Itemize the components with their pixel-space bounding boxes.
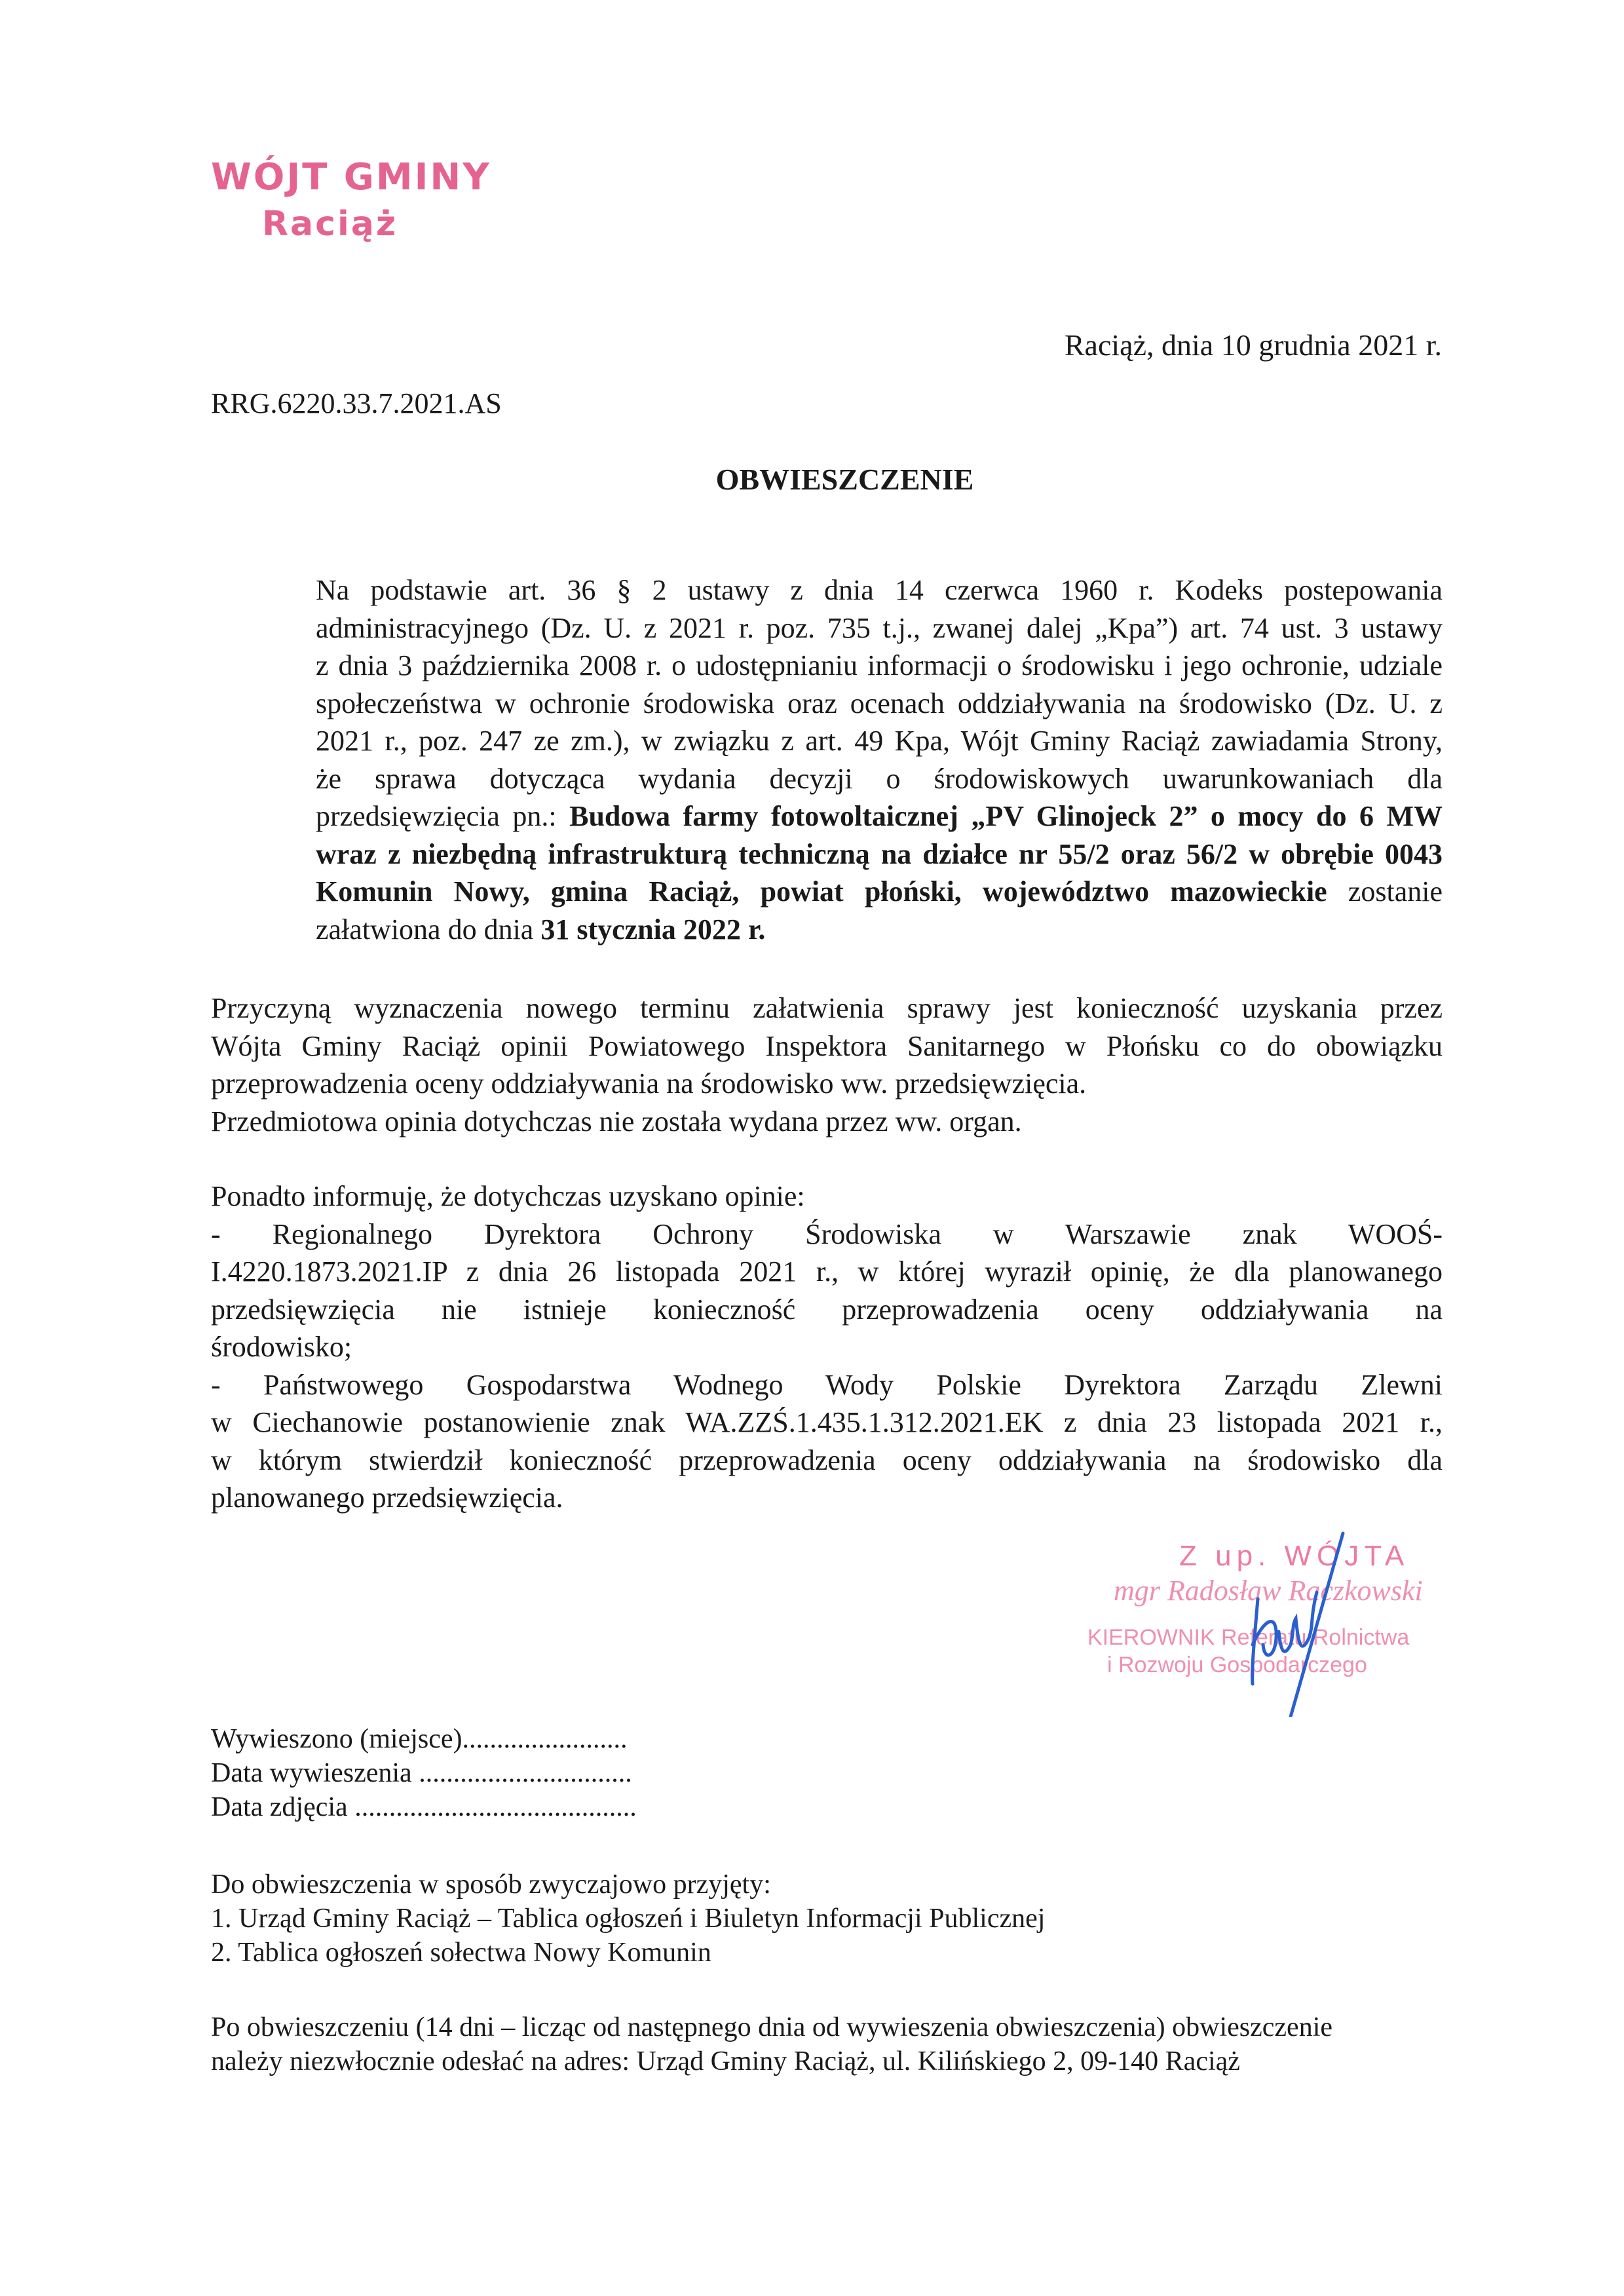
posting-date-field: Data wywieszenia .......................…	[211, 1756, 637, 1790]
text-line: Po obwieszczeniu (14 dni – licząc od nas…	[211, 2010, 1443, 2044]
project-name: Budowa farmy fotowoltaicznej „PV Glinoje…	[569, 800, 1443, 832]
text-line: planowanego przedsięwzięcia.	[211, 1479, 1443, 1517]
text-line: Ponadto informuję, że dotychczas uzyskan…	[211, 1177, 1443, 1215]
deadline-date: 31 stycznia 2022 r.	[540, 913, 765, 946]
posting-place-field: Wywieszono (miejsce)....................…	[211, 1722, 637, 1756]
text-line: załatwiona do dnia 31 stycznia 2022 r.	[211, 911, 1443, 949]
text-line: Komunin Nowy, gmina Raciąż, powiat płońs…	[211, 873, 1443, 911]
distribution-item: 2. Tablica ogłoszeń sołectwa Nowy Komuni…	[211, 1936, 1045, 1970]
text-line: Przyczyną wyznaczenia nowego terminu zał…	[211, 989, 1443, 1027]
text-line: - Regionalnego Dyrektora Ochrony Środowi…	[211, 1215, 1443, 1253]
document-title: OBWIESZCZENIE	[0, 462, 1624, 497]
place-and-date: Raciąż, dnia 10 grudnia 2021 r.	[1065, 328, 1442, 362]
text-line: 2021 r., poz. 247 ze zm.), w związku z a…	[211, 722, 1443, 760]
text-line: przeprowadzenia oceny oddziaływania na ś…	[211, 1065, 1443, 1103]
text-line: administracyjnego (Dz. U. z 2021 r. poz.…	[211, 609, 1443, 647]
text-line: że sprawa dotycząca wydania decyzji o śr…	[211, 760, 1443, 798]
office-stamp-town: Raciąż	[262, 204, 398, 244]
text-line: należy niezwłocznie odesłać na adres: Ur…	[211, 2044, 1443, 2078]
text-line: przedsięwzięcia nie istnieje konieczność…	[211, 1291, 1443, 1329]
text-line: wraz z niezbędną infrastrukturą technicz…	[211, 835, 1443, 873]
text-plain: przedsięwzięcia pn.:	[316, 800, 569, 832]
text-line: Przedmiotowa opinia dotychczas nie zosta…	[211, 1103, 1443, 1141]
text-line: I.4220.1873.2021.IP z dnia 26 listopada …	[211, 1253, 1443, 1291]
handwritten-signature-icon	[1218, 1520, 1389, 1717]
text-line: - Państwowego Gospodarstwa Wodnego Wody …	[211, 1366, 1443, 1404]
text-line: środowisko;	[211, 1328, 1443, 1366]
text-line: przedsięwzięcia pn.: Budowa farmy fotowo…	[211, 797, 1443, 835]
removal-date-field: Data zdjęcia ...........................…	[211, 1790, 637, 1824]
paragraph-legal-basis: Na podstawie art. 36 § 2 ustawy z dnia 1…	[211, 571, 1443, 948]
text-line: Na podstawie art. 36 § 2 ustawy z dnia 1…	[211, 571, 1443, 609]
text-line: w którym stwierdził konieczność przeprow…	[211, 1442, 1443, 1480]
text-line: społeczeństwa w ochronie środowiska oraz…	[211, 685, 1443, 723]
distribution-item: 1. Urząd Gminy Raciąż – Tablica ogłoszeń…	[211, 1902, 1045, 1936]
project-name: wraz z niezbędną infrastrukturą technicz…	[316, 838, 1443, 870]
reference-number: RRG.6220.33.7.2021.AS	[211, 387, 502, 420]
project-location: Komunin Nowy, gmina Raciąż, powiat płońs…	[316, 875, 1327, 908]
signature-block: Z up. WÓJTA mgr Radosław Raczkowski KIER…	[1074, 1533, 1481, 1704]
distribution-heading: Do obwieszczenia w sposób zwyczajowo prz…	[211, 1867, 1045, 1902]
text-line: z dnia 3 października 2008 r. o udostępn…	[211, 647, 1443, 685]
office-stamp-title: WÓJT GMINY	[211, 156, 491, 199]
text-plain: załatwiona do dnia	[316, 913, 540, 946]
paragraph-reason: Przyczyną wyznaczenia nowego terminu zał…	[211, 989, 1443, 1140]
posting-fields: Wywieszono (miejsce)....................…	[211, 1722, 637, 1824]
text-line: w Ciechanowie postanowienie znak WA.ZZŚ.…	[211, 1404, 1443, 1442]
return-instructions: Po obwieszczeniu (14 dni – licząc od nas…	[211, 2010, 1443, 2078]
text-plain: zostanie	[1327, 875, 1443, 908]
distribution-list: Do obwieszczenia w sposób zwyczajowo prz…	[211, 1867, 1045, 1970]
text-line: Wójta Gminy Raciąż opinii Powiatowego In…	[211, 1027, 1443, 1065]
paragraph-opinions: Ponadto informuję, że dotychczas uzyskan…	[211, 1177, 1443, 1517]
